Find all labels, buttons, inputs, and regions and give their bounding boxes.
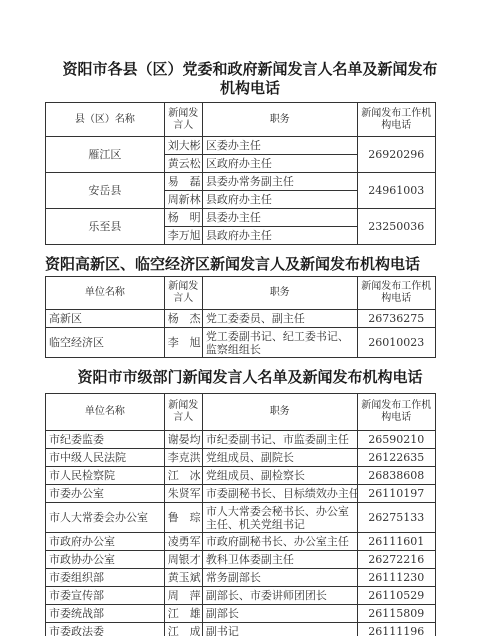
phone-cell: 23250036 — [357, 209, 435, 245]
header-unit: 县（区）名称 — [46, 103, 165, 137]
spokesperson-cell: 黄云松 — [164, 155, 202, 173]
phone-cell: 26111230 — [357, 569, 435, 587]
position-cell: 副部长 — [202, 605, 357, 623]
table-row: 市中级人民法院 李克洪 党组成员、副院长 26122635 — [46, 449, 436, 467]
unit-cell: 市委政法委 — [46, 623, 165, 636]
position-cell: 县委办主任 — [202, 209, 357, 227]
table-row: 市人大常委会办公室 鲁 琮 市人大常委会秘书长、办公室主任、机关党组书记 262… — [46, 503, 436, 533]
unit-cell: 市政协办公室 — [46, 551, 165, 569]
section3-title: 资阳市市级部门新闻发言人名单及新闻发布机构电话 — [0, 368, 500, 386]
table-row: 安岳县 易 磊 县委办常务副主任 24961003 — [46, 173, 436, 191]
unit-cell: 市纪委监委 — [46, 431, 165, 449]
phone-cell: 26590210 — [357, 431, 435, 449]
header-phone: 新闻发布工作机构电话 — [357, 277, 435, 310]
unit-cell: 市委统战部 — [46, 605, 165, 623]
header-spokesperson: 新闻发言人 — [164, 394, 202, 431]
table-row: 市委统战部 江 雄 副部长 26115809 — [46, 605, 436, 623]
unit-cell: 市委组织部 — [46, 569, 165, 587]
unit-cell: 高新区 — [46, 310, 165, 328]
spokesperson-cell: 周新林 — [164, 191, 202, 209]
position-cell: 市纪委副书记、市监委副主任 — [202, 431, 357, 449]
phone-cell: 26111601 — [357, 533, 435, 551]
spokesperson-cell: 李克洪 — [164, 449, 202, 467]
position-cell: 党工委委员、副主任 — [202, 310, 357, 328]
header-position: 职务 — [202, 103, 357, 137]
position-cell: 市人大常委会秘书长、办公室主任、机关党组书记 — [202, 503, 357, 533]
table-row: 市人民检察院 江 冰 党组成员、副检察长 26838608 — [46, 467, 436, 485]
table-row: 临空经济区 李 旭 党工委副书记、纪工委书记、监察组组长 26010023 — [46, 328, 436, 358]
header-spokesperson: 新闻发言人 — [164, 277, 202, 310]
spokesperson-cell: 杨 明 — [164, 209, 202, 227]
spokesperson-cell: 周 萍 — [164, 587, 202, 605]
header-phone: 新闻发布工作机构电话 — [357, 394, 435, 431]
unit-cell: 市人民检察院 — [46, 467, 165, 485]
table-row: 市委宣传部 周 萍 副部长、市委讲师团团长 26110529 — [46, 587, 436, 605]
unit-cell: 乐至县 — [46, 209, 165, 245]
table-row: 高新区 杨 杰 党工委委员、副主任 26736275 — [46, 310, 436, 328]
section2-title: 资阳高新区、临空经济区新闻发言人及新闻发布机构电话 — [45, 255, 420, 273]
phone-cell: 26110529 — [357, 587, 435, 605]
position-cell: 县政府办主任 — [202, 227, 357, 245]
spokesperson-cell: 朱贤军 — [164, 485, 202, 503]
header-phone: 新闻发布工作机构电话 — [357, 103, 435, 137]
phone-cell: 26275133 — [357, 503, 435, 533]
spokesperson-cell: 江 雄 — [164, 605, 202, 623]
phone-cell: 26838608 — [357, 467, 435, 485]
spokesperson-cell: 凌勇军 — [164, 533, 202, 551]
unit-cell: 临空经济区 — [46, 328, 165, 358]
position-cell: 区委办主任 — [202, 137, 357, 155]
spokesperson-cell: 杨 杰 — [164, 310, 202, 328]
position-cell: 县政府办主任 — [202, 191, 357, 209]
table-header-row: 县（区）名称 新闻发言人 职务 新闻发布工作机构电话 — [46, 103, 436, 137]
spokesperson-cell: 刘大彬 — [164, 137, 202, 155]
phone-cell: 26115809 — [357, 605, 435, 623]
phone-cell: 26122635 — [357, 449, 435, 467]
position-cell: 副部长、市委讲师团团长 — [202, 587, 357, 605]
spokesperson-cell: 李 旭 — [164, 328, 202, 358]
unit-cell: 安岳县 — [46, 173, 165, 209]
table-row: 市政府办公室 凌勇军 市政府副秘书长、办公室主任 26111601 — [46, 533, 436, 551]
spokesperson-cell: 谢晏均 — [164, 431, 202, 449]
position-cell: 副书记 — [202, 623, 357, 636]
section1-title: 资阳市各县（区）党委和政府新闻发言人名单及新闻发布机构电话 — [0, 60, 500, 98]
spokesperson-cell: 周银才 — [164, 551, 202, 569]
table-row: 市委办公室 朱贤军 市委副秘书长、目标绩效办主任 26110197 — [46, 485, 436, 503]
header-spokesperson: 新闻发言人 — [164, 103, 202, 137]
table-row: 市政协办公室 周银才 教科卫体委副主任 26272216 — [46, 551, 436, 569]
table-header-row: 单位名称 新闻发言人 职务 新闻发布工作机构电话 — [46, 277, 436, 310]
phone-cell: 26111196 — [357, 623, 435, 636]
table-row: 市纪委监委 谢晏均 市纪委副书记、市监委副主任 26590210 — [46, 431, 436, 449]
county-spokesperson-table: 县（区）名称 新闻发言人 职务 新闻发布工作机构电话 雁江区 刘大彬 区委办主任… — [45, 102, 436, 245]
header-position: 职务 — [202, 277, 357, 310]
table-row: 雁江区 刘大彬 区委办主任 26920296 — [46, 137, 436, 155]
unit-cell: 市委宣传部 — [46, 587, 165, 605]
phone-cell: 26920296 — [357, 137, 435, 173]
unit-cell: 市人大常委会办公室 — [46, 503, 165, 533]
header-unit: 单位名称 — [46, 277, 165, 310]
position-cell: 党组成员、副院长 — [202, 449, 357, 467]
position-cell: 区政府办主任 — [202, 155, 357, 173]
position-cell: 教科卫体委副主任 — [202, 551, 357, 569]
unit-cell: 市中级人民法院 — [46, 449, 165, 467]
unit-cell: 雁江区 — [46, 137, 165, 173]
position-cell: 党组成员、副检察长 — [202, 467, 357, 485]
spokesperson-cell: 李万旭 — [164, 227, 202, 245]
phone-cell: 26736275 — [357, 310, 435, 328]
table-row: 市委组织部 黄玉斌 常务副部长 26111230 — [46, 569, 436, 587]
header-position: 职务 — [202, 394, 357, 431]
position-cell: 市政府副秘书长、办公室主任 — [202, 533, 357, 551]
position-cell: 县委办常务副主任 — [202, 173, 357, 191]
spokesperson-cell: 鲁 琮 — [164, 503, 202, 533]
phone-cell: 26110197 — [357, 485, 435, 503]
table-header-row: 单位名称 新闻发言人 职务 新闻发布工作机构电话 — [46, 394, 436, 431]
spokesperson-cell: 江 冰 — [164, 467, 202, 485]
unit-cell: 市委办公室 — [46, 485, 165, 503]
position-cell: 常务副部长 — [202, 569, 357, 587]
unit-cell: 市政府办公室 — [46, 533, 165, 551]
phone-cell: 24961003 — [357, 173, 435, 209]
position-cell: 党工委副书记、纪工委书记、监察组组长 — [202, 328, 357, 358]
table-row: 市委政法委 江 成 副书记 26111196 — [46, 623, 436, 636]
spokesperson-cell: 江 成 — [164, 623, 202, 636]
spokesperson-cell: 黄玉斌 — [164, 569, 202, 587]
department-spokesperson-table: 单位名称 新闻发言人 职务 新闻发布工作机构电话 市纪委监委 谢晏均 市纪委副书… — [45, 393, 436, 636]
phone-cell: 26010023 — [357, 328, 435, 358]
zone-spokesperson-table: 单位名称 新闻发言人 职务 新闻发布工作机构电话 高新区 杨 杰 党工委委员、副… — [45, 276, 436, 358]
spokesperson-cell: 易 磊 — [164, 173, 202, 191]
phone-cell: 26272216 — [357, 551, 435, 569]
table-row: 乐至县 杨 明 县委办主任 23250036 — [46, 209, 436, 227]
position-cell: 市委副秘书长、目标绩效办主任 — [202, 485, 357, 503]
header-unit: 单位名称 — [46, 394, 165, 431]
